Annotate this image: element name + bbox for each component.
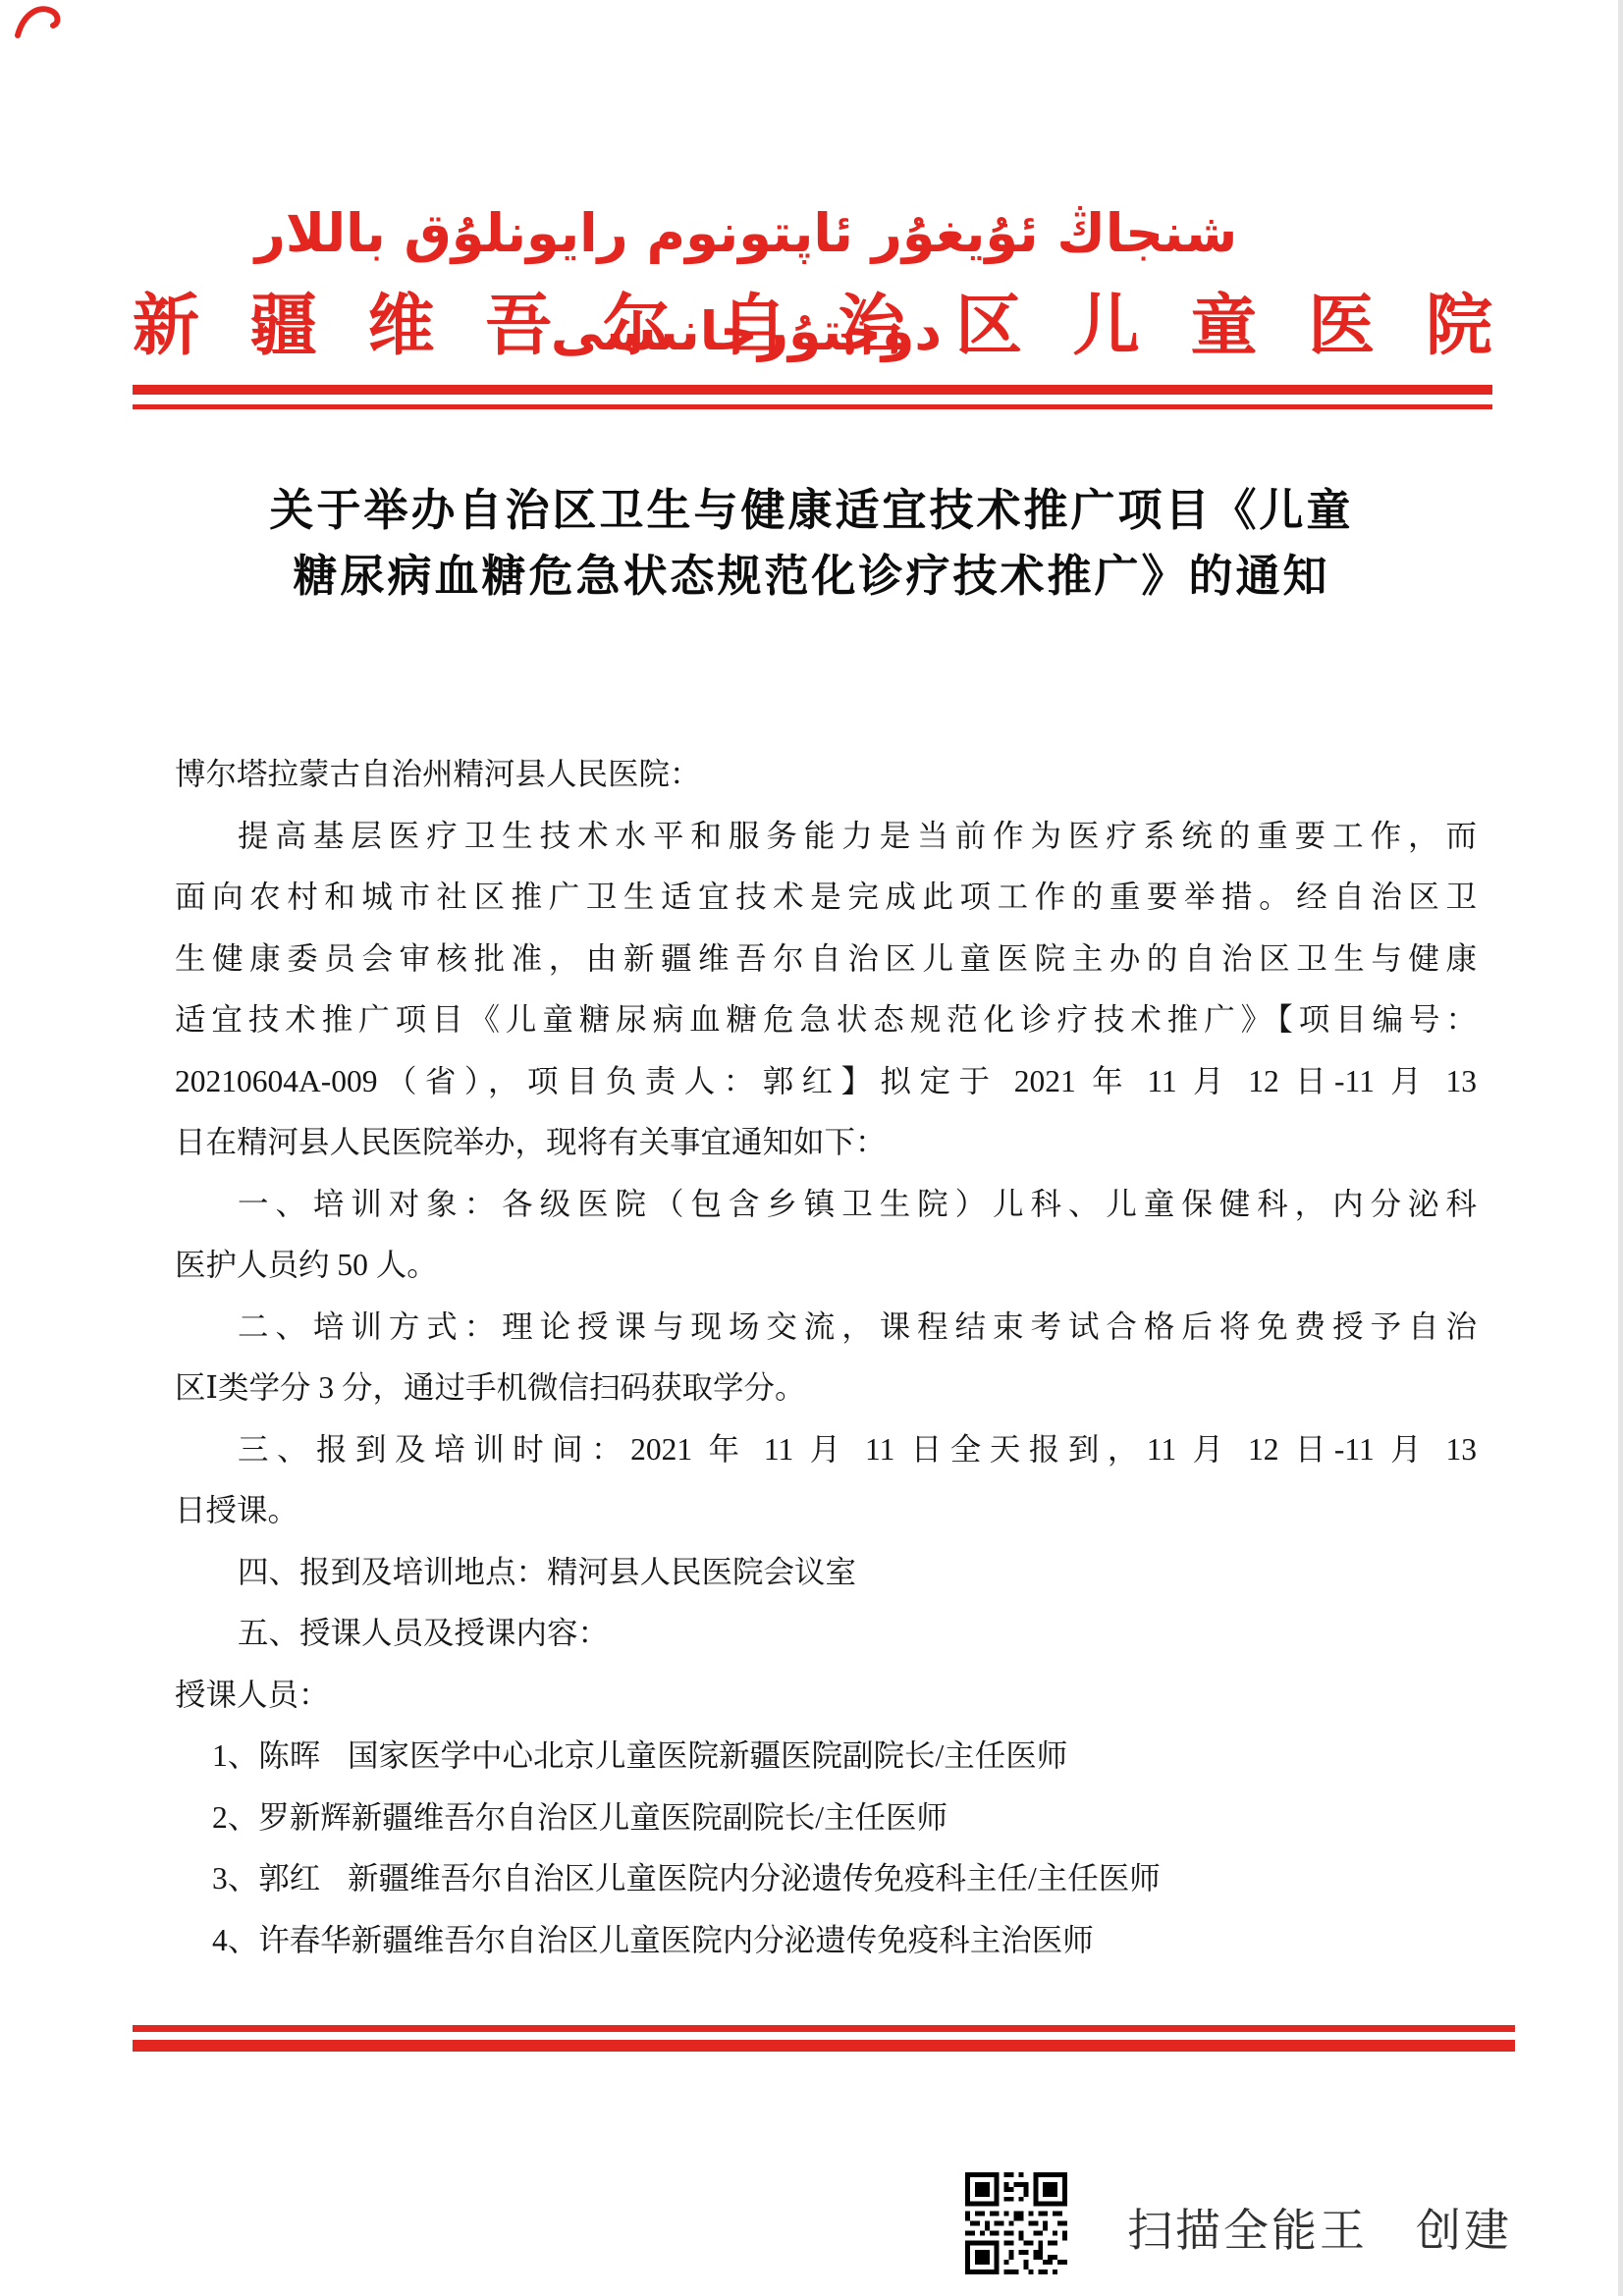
item-1-line: 一、培训对象：各级医院（包含乡镇卫生院）儿科、儿童保健科，内分泌科 (175, 1174, 1477, 1236)
paragraph-line: 面向农村和城市社区推广卫生适宜技术是完成此项工作的重要举措。经自治区卫 (175, 867, 1477, 929)
speaker-label: 4、许春华 (212, 1910, 352, 1972)
speaker-row: 4、许春华 新疆维吾尔自治区儿童医院内分泌遗传免疫科主治医师 (175, 1910, 1477, 1972)
footer-rule-thick (133, 2040, 1515, 2052)
qr-code-icon (965, 2172, 1067, 2274)
speaker-row: 2、罗新辉 新疆维吾尔自治区儿童医院副院长/主任医师 (175, 1788, 1477, 1849)
scan-edge-shadow (1618, 0, 1623, 2296)
item-3-line: 三、报到及培训时间：2021 年 11 月 11 日全天报到，11 月 12 日… (175, 1419, 1477, 1481)
item-2-line: 二、培训方式：理论授课与现场交流，课程结束考试合格后将免费授予自治 (175, 1297, 1477, 1359)
speaker-label: 1、陈晖 (212, 1726, 348, 1788)
scanned-notice-page: شنجاڭ ئۇيغۇر ئاپتونوم رايونلۇق باللار دو… (0, 0, 1623, 2296)
masthead-rule-thin (133, 404, 1492, 409)
masthead-hospital-name: 新疆维吾尔自治区儿童医院 (133, 275, 1492, 377)
item-1-line: 医护人员约 50 人。 (175, 1235, 1477, 1297)
speaker-row: 3、郭红 新疆维吾尔自治区儿童医院内分泌遗传免疫科主任/主任医师 (175, 1848, 1477, 1910)
paragraph-line: 20210604A-009（省），项目负责人：郭红】拟定于 2021 年 11 … (175, 1051, 1477, 1113)
scan-corner-mark (14, 2, 65, 45)
notice-title-line-2: 糖尿病血糖危急状态规范化诊疗技术推广》的通知 (137, 543, 1486, 609)
masthead-rule-thick (133, 385, 1492, 395)
speaker-row: 1、陈晖 国家医学中心北京儿童医院新疆医院副院长/主任医师 (175, 1726, 1477, 1788)
speaker-label: 3、郭红 (212, 1848, 348, 1910)
paragraph-line: 适宜技术推广项目《儿童糖尿病血糖危急状态规范化诊疗技术推广》【项目编号： (175, 989, 1477, 1051)
speaker-list-heading: 授课人员： (175, 1665, 1477, 1727)
item-3-line: 日授课。 (175, 1480, 1477, 1542)
notice-title-line-1: 关于举办自治区卫生与健康适宜技术推广项目《儿童 (137, 477, 1486, 543)
speaker-title: 新疆维吾尔自治区儿童医院内分泌遗传免疫科主治医师 (352, 1910, 1477, 1972)
recipient-line: 博尔塔拉蒙古自治州精河县人民医院： (175, 744, 1477, 806)
notice-title: 关于举办自治区卫生与健康适宜技术推广项目《儿童 糖尿病血糖危急状态规范化诊疗技术… (137, 477, 1486, 609)
item-5-line: 五、授课人员及授课内容： (175, 1603, 1477, 1665)
paragraph-line: 提高基层医疗卫生技术水平和服务能力是当前作为医疗系统的重要工作，而 (175, 806, 1477, 868)
speaker-title: 新疆维吾尔自治区儿童医院内分泌遗传免疫科主任/主任医师 (348, 1848, 1477, 1910)
paragraph-line: 日在精河县人民医院举办，现将有关事宜通知如下： (175, 1112, 1477, 1174)
item-2-line: 区Ⅰ类学分 3 分，通过手机微信扫码获取学分。 (175, 1358, 1477, 1419)
notice-body: 博尔塔拉蒙古自治州精河县人民医院： 提高基层医疗卫生技术水平和服务能力是当前作为… (175, 744, 1477, 1971)
item-4-line: 四、报到及培训地点：精河县人民医院会议室 (175, 1542, 1477, 1604)
scanner-watermark: 扫描全能王 创建 (1127, 2199, 1512, 2264)
speaker-label: 2、罗新辉 (212, 1788, 352, 1849)
speaker-title: 国家医学中心北京儿童医院新疆医院副院长/主任医师 (348, 1726, 1477, 1788)
footer-rule-thin (133, 2025, 1515, 2032)
speaker-title: 新疆维吾尔自治区儿童医院副院长/主任医师 (352, 1788, 1477, 1849)
paragraph-line: 生健康委员会审核批准，由新疆维吾尔自治区儿童医院主办的自治区卫生与健康 (175, 929, 1477, 990)
